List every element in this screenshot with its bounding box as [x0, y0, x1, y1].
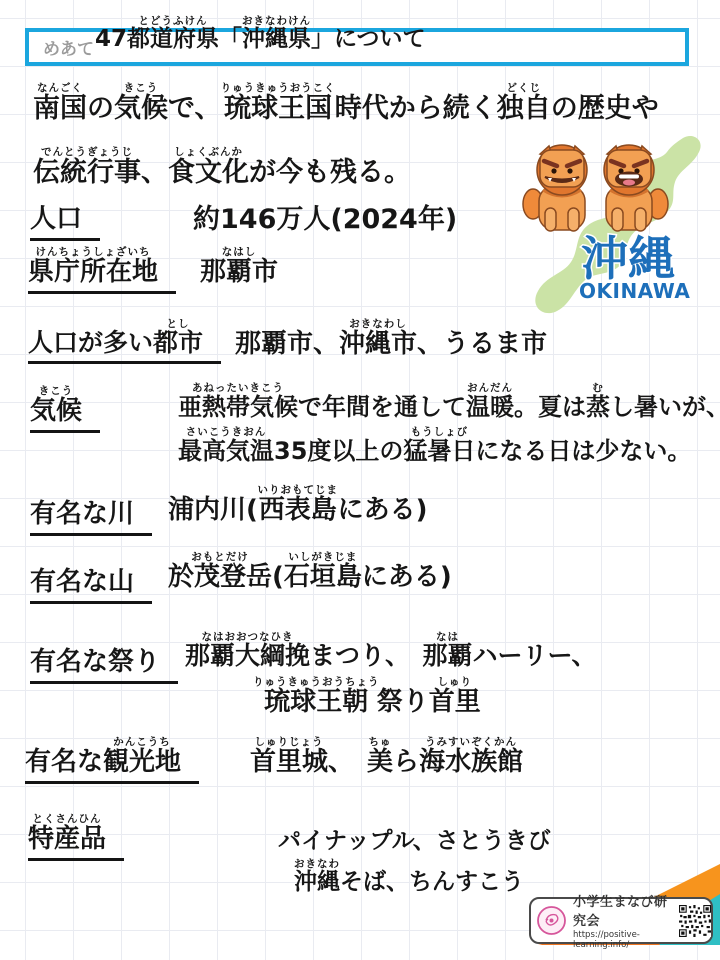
- fact-label-population: 人口: [30, 205, 100, 241]
- okinawa-illustration: 沖縄 OKINAWA: [513, 124, 715, 318]
- publisher-seal-icon: [536, 905, 567, 936]
- goal-header-box: めあて 47都道府県とどうふけん「沖縄県おきなわけん」について: [25, 28, 689, 66]
- fact-value-mountain: 於茂登岳おもとだけ(石垣島いしがきじまにある): [168, 551, 452, 593]
- publisher-badge-text: 小学生まなび研究会 https://positive-learning.info…: [573, 891, 674, 950]
- fact-value-climate-line-1: 亜熱帯気候あねったいきこうで年間を通して温暖おんだん。夏は蒸むし暑いが、: [178, 382, 720, 422]
- fact-value-products-line-2: 沖縄おきなわそば、ちんすこう: [294, 858, 524, 895]
- fact-value-river: 浦内川(西表島いりおもてじまにある): [168, 484, 427, 526]
- fact-label-capital: 県庁所在地けんちょうしょざいち: [28, 246, 176, 294]
- fact-value-festivals-line-1: 那覇大綱挽なはおおつなひきまつり、 那覇なはハーリー、: [185, 631, 597, 671]
- shisa-left: [523, 145, 587, 231]
- fact-value-capital: 那覇市なはし: [200, 246, 278, 288]
- fact-value-sights: 首里城しゅりじょう、 美ちゅら海水族館うみすいぞくかん: [250, 736, 523, 778]
- publisher-name: 小学生まなび研究会: [573, 891, 674, 929]
- fact-value-festivals-line-2: 琉球王朝りゅうきゅうおうちょう祭り首里しゅり: [253, 676, 481, 718]
- intro-line-2: 伝統行事でんとうぎょうじ、食文化しょくぶんかが今も残る。: [33, 146, 411, 188]
- fact-label-big-cities: 人口が多い都市とし: [28, 318, 221, 364]
- fact-label-climate: 気候きこう: [30, 385, 100, 433]
- fact-label-sights: 有名な観光地かんこうち: [25, 736, 199, 784]
- publisher-url: https://positive-learning.info/: [573, 930, 674, 950]
- fact-value-products-line-1: パイナップル、さとうきび: [278, 828, 551, 854]
- study-sheet-okinawa: めあて 47都道府県とどうふけん「沖縄県おきなわけん」について 南国なんごくの気…: [0, 0, 720, 960]
- goal-tag-label: めあて: [43, 35, 94, 60]
- fact-label-products: 特産品とくさんひん: [28, 813, 124, 861]
- intro-line-1: 南国なんごくの気候きこうで、琉球王国りゅうきゅうおうこく時代から続く独自どくじの…: [33, 82, 659, 124]
- pref-name-romaji-text: OKINAWA: [579, 279, 690, 303]
- page-title: 47都道府県とどうふけん「沖縄県おきなわけん」について: [95, 15, 426, 52]
- publisher-badge: 小学生まなび研究会 https://positive-learning.info…: [529, 897, 713, 944]
- fact-value-climate-line-2: 最高気温さいこうきおん35度以上の猛暑日もうしょびになる日は少ない。: [178, 426, 691, 466]
- fact-label-festivals: 有名な祭り: [30, 648, 178, 684]
- qr-code-icon: [679, 905, 711, 937]
- fact-value-big-cities: 那覇市、沖縄市おきなわし、うるま市: [235, 318, 547, 360]
- fact-label-mountain: 有名な山: [30, 568, 152, 604]
- fact-label-river: 有名な川: [30, 500, 152, 536]
- fact-value-population: 約146万人(2024年): [193, 204, 457, 235]
